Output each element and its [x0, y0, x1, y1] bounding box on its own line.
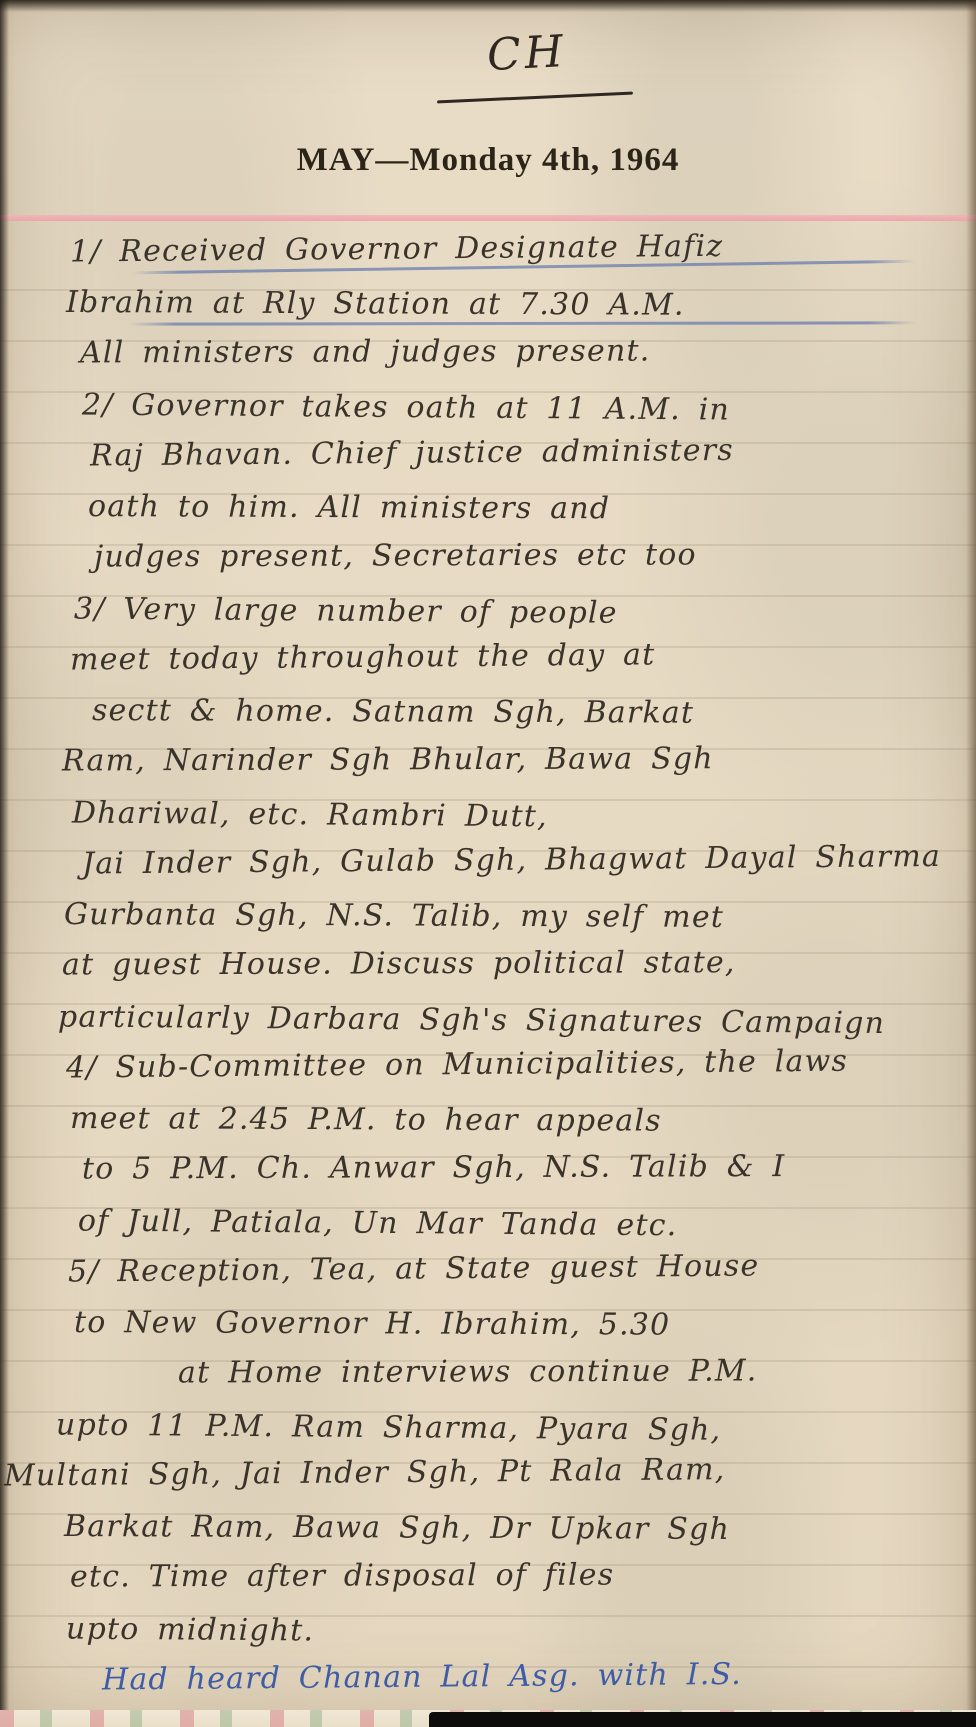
- manuscript-line: at Home interviews continue P.M.: [178, 1345, 960, 1399]
- scan-edge-top: [0, 0, 976, 12]
- printed-date-title: MAY—Monday 4th, 1964: [0, 142, 976, 179]
- manuscript-line: judges present, Secretaries etc too: [94, 528, 960, 582]
- header-handwritten-note: CH: [486, 26, 569, 81]
- manuscript-line: 4/ Sub-Committee on Municipalities, the …: [66, 1035, 960, 1094]
- scan-edge-right: [966, 0, 976, 1727]
- manuscript-line: Ibrahim at Rly Station at 7.30 A.M.: [66, 277, 960, 332]
- manuscript-line: meet today throughout the day at: [70, 627, 960, 686]
- manuscript-line: Had heard Chanan Lal Asg. with I.S.: [102, 1647, 960, 1705]
- manuscript-line: oath to him. All ministers and: [88, 481, 960, 536]
- manuscript-line: meet at 2.45 P.M. to hear appeals: [70, 1093, 960, 1148]
- manuscript-line: Jai Inder Sgh, Gulab Sgh, Bhagwat Dayal …: [82, 831, 960, 890]
- manuscript-line: 5/ Reception, Tea, at State guest House: [68, 1239, 960, 1298]
- manuscript-line: to New Governor H. Ibrahim, 5.30: [74, 1297, 960, 1352]
- manuscript-line: Barkat Ram, Bawa Sgh, Dr Upkar Sgh: [64, 1501, 960, 1556]
- scan-edge-bottom-bar: [429, 1712, 976, 1727]
- manuscript-line: Raj Bhavan. Chief justice administers: [90, 423, 960, 482]
- manuscript-line: 1/ Received Governor Designate Hafiz: [70, 219, 960, 278]
- manuscript-line: Ram, Narinder Sgh Bhular, Bawa Sgh: [62, 732, 960, 786]
- manuscript-line: at guest House. Discuss political state,: [62, 936, 960, 990]
- manuscript-line: etc. Time after disposal of files: [70, 1548, 960, 1602]
- manuscript-line: All ministers and judges present.: [80, 324, 960, 378]
- manuscript-line: Multani Sgh, Jai Inder Sgh, Pt Rala Ram,: [4, 1442, 960, 1501]
- scan-edge-left: [0, 0, 9, 1727]
- manuscript-line: to 5 P.M. Ch. Anwar Sgh, N.S. Talib & I: [82, 1140, 960, 1194]
- manuscript: 1/ Received Governor Designate HafizIbra…: [30, 226, 960, 1705]
- manuscript-line: Gurbanta Sgh, N.S. Talib, my self met: [64, 889, 960, 944]
- manuscript-line: sectt & home. Satnam Sgh, Barkat: [92, 685, 960, 740]
